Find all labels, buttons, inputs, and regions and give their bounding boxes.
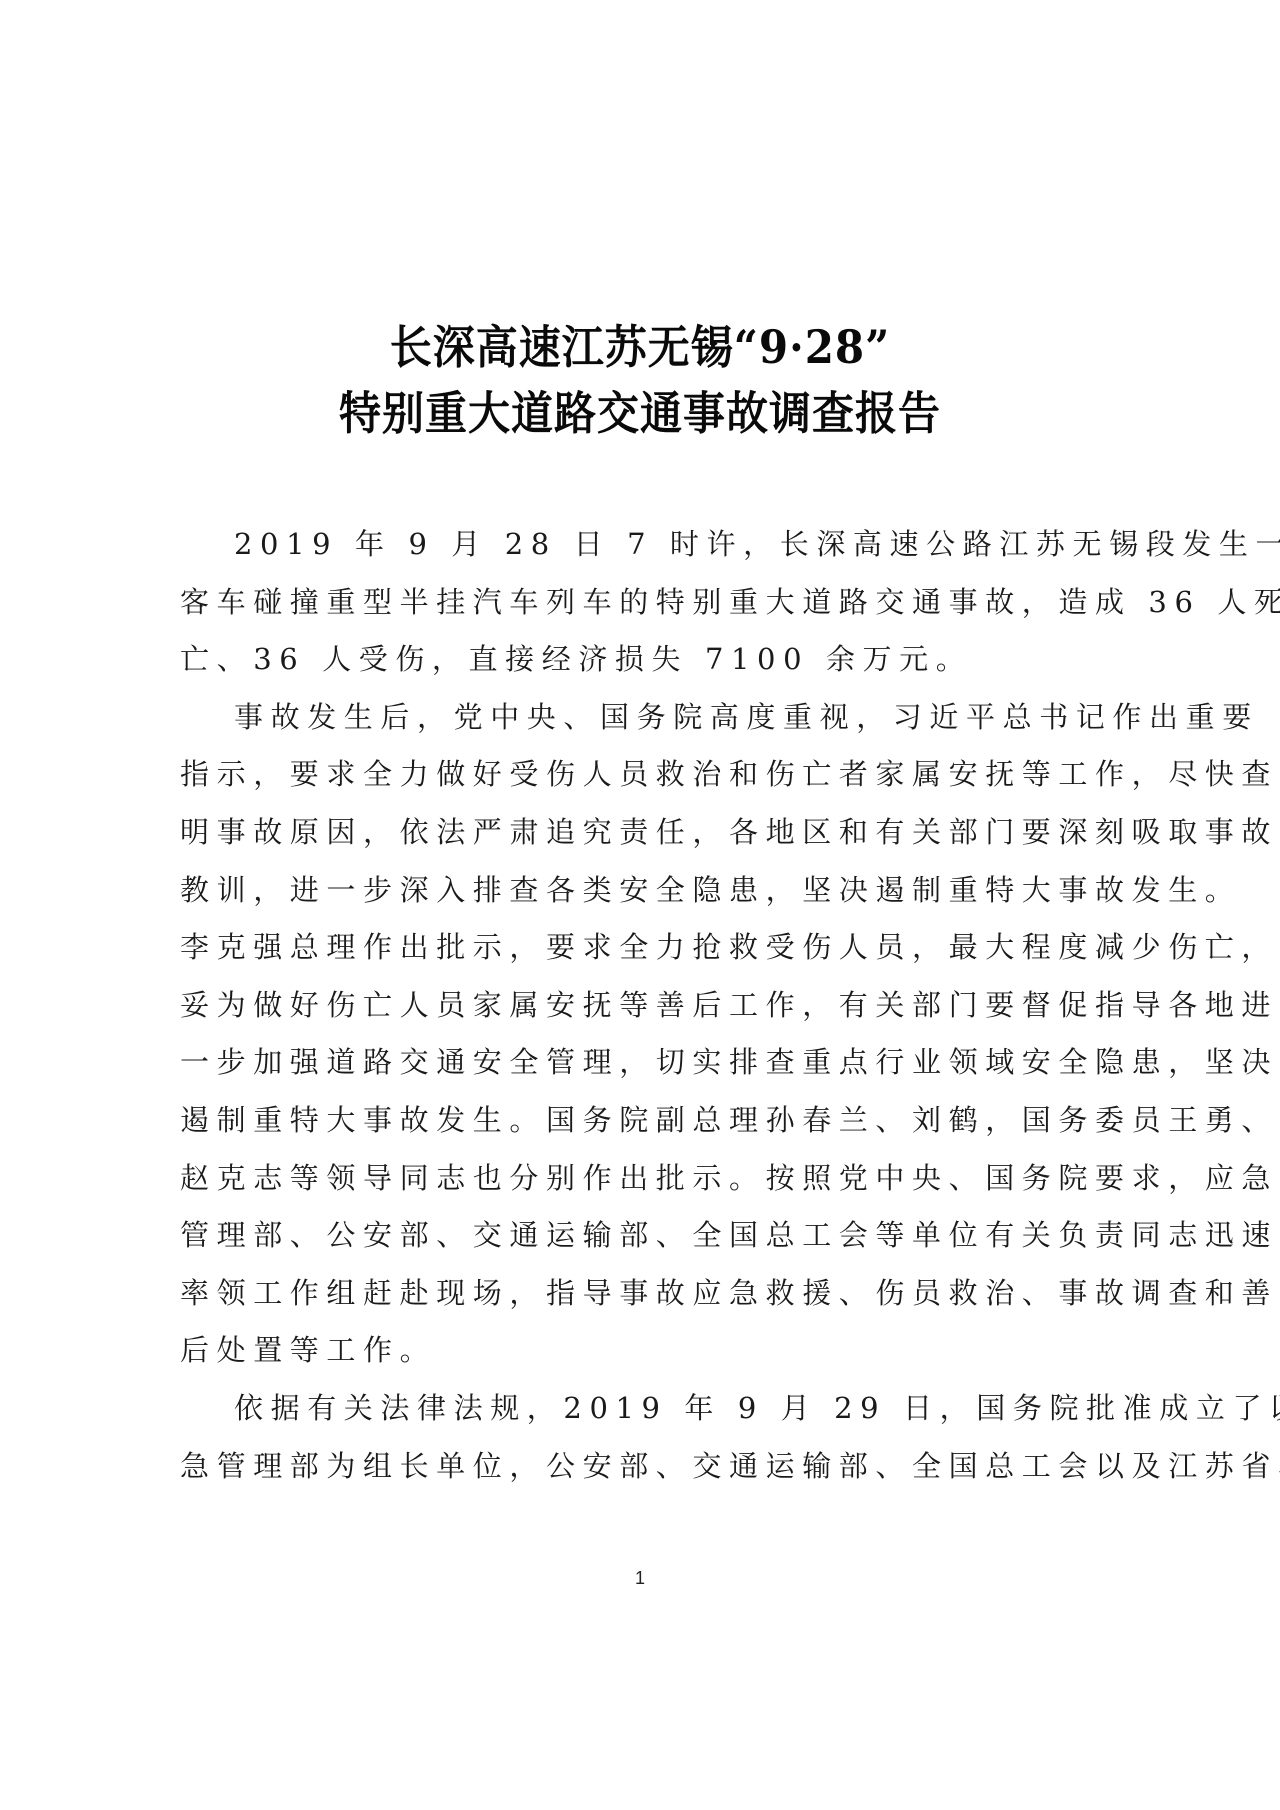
body-line: 急管理部为组长单位，公安部、交通运输部、全国总工会以及江苏省、 <box>180 1438 1116 1496</box>
body-line: 教训，进一步深入排查各类安全隐患，坚决遏制重特大事故发生。 <box>180 862 1116 920</box>
paragraph-accident-summary: 2019 年 9 月 28 日 7 时许，长深高速公路江苏无锡段发生一起大 客车… <box>180 516 1116 689</box>
body-line: 管理部、公安部、交通运输部、全国总工会等单位有关负责同志迅速 <box>180 1207 1116 1265</box>
body-line: 率领工作组赶赴现场，指导事故应急救援、伤员救治、事故调查和善 <box>180 1265 1116 1323</box>
document-page: 长深高速江苏无锡“9·28” 特别重大道路交通事故调查报告 2019 年 9 月… <box>0 0 1280 1810</box>
body-line: 客车碰撞重型半挂汽车列车的特别重大道路交通事故，造成 36 人死 <box>180 574 1116 632</box>
body-line: 事故发生后，党中央、国务院高度重视，习近平总书记作出重要 <box>180 689 1116 747</box>
body-line: 2019 年 9 月 28 日 7 时许，长深高速公路江苏无锡段发生一起大 <box>180 516 1116 574</box>
body-line: 李克强总理作出批示，要求全力抢救受伤人员，最大程度减少伤亡， <box>180 919 1116 977</box>
body-line: 后处置等工作。 <box>180 1322 1116 1380</box>
body-line: 一步加强道路交通安全管理，切实排查重点行业领域安全隐患，坚决 <box>180 1034 1116 1092</box>
body-line: 亡、36 人受伤，直接经济损失 7100 余万元。 <box>180 631 1116 689</box>
page-number: 1 <box>0 1566 1280 1590</box>
body-line: 依据有关法律法规，2019 年 9 月 29 日，国务院批准成立了以应 <box>180 1380 1116 1438</box>
body-line: 指示，要求全力做好受伤人员救治和伤亡者家属安抚等工作，尽快查 <box>180 746 1116 804</box>
paragraph-investigation-team: 依据有关法律法规，2019 年 9 月 29 日，国务院批准成立了以应 急管理部… <box>180 1380 1116 1495</box>
body-line: 赵克志等领导同志也分别作出批示。按照党中央、国务院要求，应急 <box>180 1150 1116 1208</box>
body-line: 明事故原因，依法严肃追究责任，各地区和有关部门要深刻吸取事故 <box>180 804 1116 862</box>
paragraph-central-response: 事故发生后，党中央、国务院高度重视，习近平总书记作出重要 指示，要求全力做好受伤… <box>180 689 1116 1380</box>
report-title-line-1: 长深高速江苏无锡“9·28” <box>0 324 1280 372</box>
body-line: 妥为做好伤亡人员家属安抚等善后工作，有关部门要督促指导各地进 <box>180 977 1116 1035</box>
body-line: 遏制重特大事故发生。国务院副总理孙春兰、刘鹤，国务委员王勇、 <box>180 1092 1116 1150</box>
report-body: 2019 年 9 月 28 日 7 时许，长深高速公路江苏无锡段发生一起大 客车… <box>180 516 1116 1495</box>
report-title-line-2: 特别重大道路交通事故调查报告 <box>0 390 1280 438</box>
